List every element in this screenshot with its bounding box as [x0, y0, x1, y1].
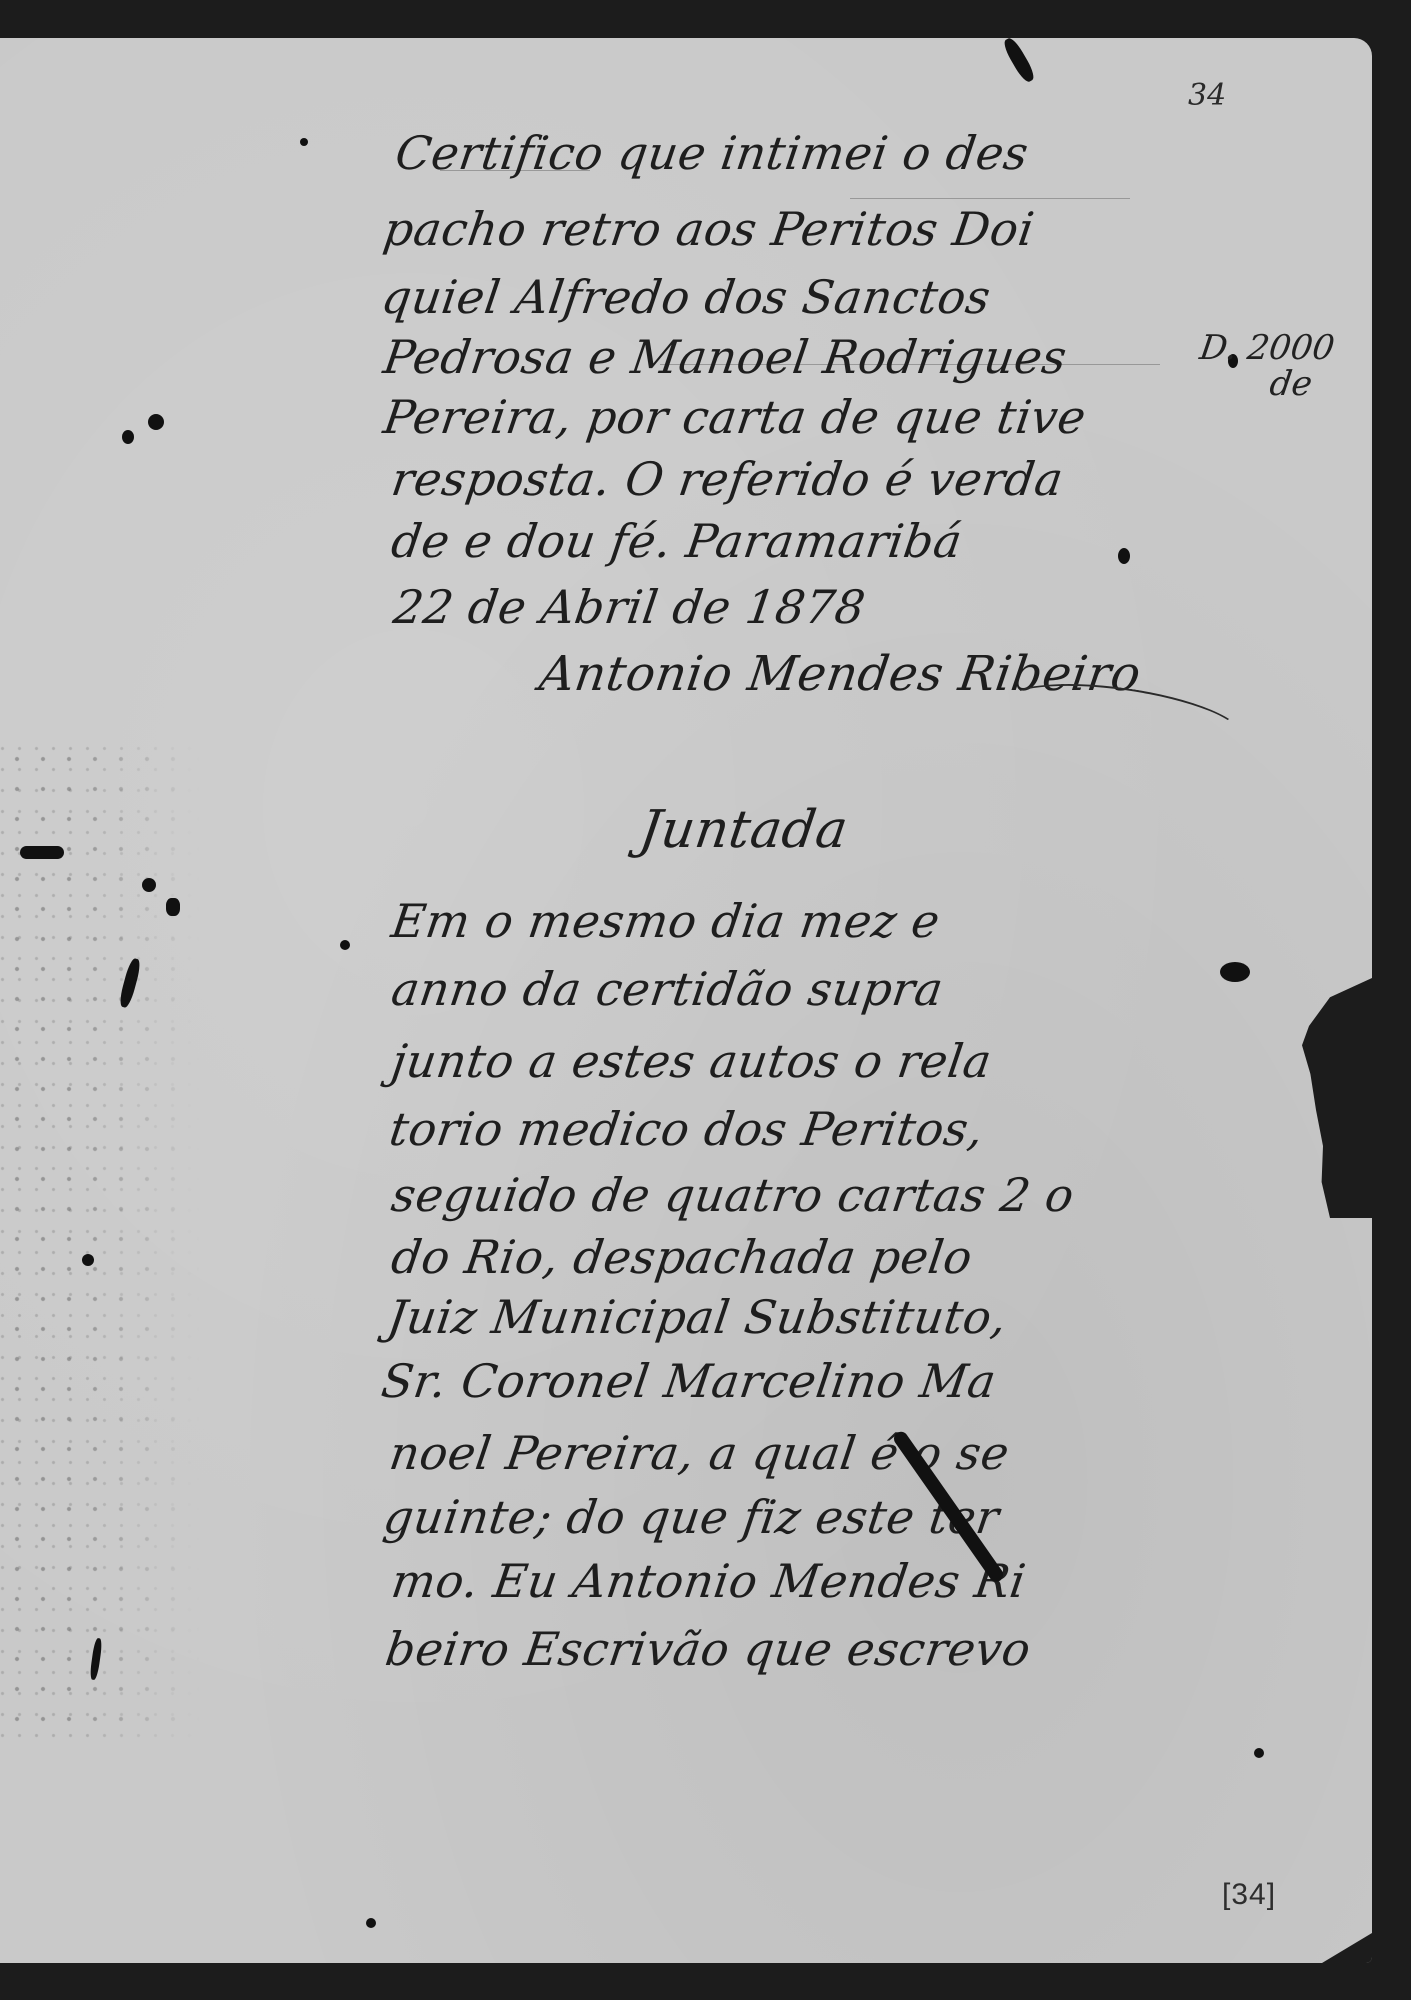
certificate-line: Certifico que intimei o des — [393, 130, 1032, 176]
certificate-line: resposta. O referido é verda — [389, 456, 1066, 502]
juntada-line: mo. Eu Antonio Mendes Ri — [389, 1558, 1029, 1604]
archive-page-label: [34] — [1222, 1878, 1276, 1912]
juntada-line: anno da certidão supra — [389, 966, 946, 1012]
ink-blot — [82, 1254, 94, 1266]
juntada-line: beiro Escrivão que escrevo — [383, 1626, 1034, 1672]
juntada-line: guinte; do que fiz este ter — [381, 1494, 1002, 1540]
ink-blot — [166, 898, 180, 916]
paper-sheet: 34 Certifico que intimei o des pacho ret… — [0, 38, 1372, 1963]
certificate-line: 22 de Abril de 1878 — [391, 584, 868, 630]
ink-blot — [300, 138, 308, 146]
ink-blot — [340, 940, 350, 950]
juntada-line: Sr. Coronel Marcelino Ma — [379, 1358, 999, 1404]
margin-note: de — [1267, 364, 1315, 404]
juntada-line: Em o mesmo dia mez e — [389, 898, 943, 944]
certificate-line: pacho retro aos Peritos Doi — [381, 206, 1037, 252]
ruled-line — [850, 198, 1130, 199]
ink-blot — [1220, 962, 1250, 982]
scanned-page: 34 Certifico que intimei o des pacho ret… — [0, 0, 1411, 2000]
juntada-line: Juiz Municipal Substituto, — [385, 1294, 1010, 1340]
ink-blot — [1001, 38, 1037, 84]
mold-speckles — [0, 738, 200, 1738]
certificate-line: quiel Alfredo dos Sanctos — [379, 274, 994, 320]
section-heading: Juntada — [636, 804, 851, 856]
ink-blot — [1118, 548, 1130, 564]
certificate-line: Pereira, por carta de que tive — [381, 394, 1089, 440]
juntada-line: do Rio, despachada pelo — [389, 1234, 976, 1280]
juntada-line: seguido de quatro cartas 2 o — [389, 1172, 1077, 1218]
ink-blot — [1254, 1748, 1264, 1758]
torn-edge — [1302, 978, 1372, 1218]
ink-blot — [142, 878, 156, 892]
folio-number: 34 — [1188, 78, 1226, 113]
ink-blot — [148, 414, 164, 430]
juntada-line: junto a estes autos o rela — [389, 1038, 995, 1084]
certificate-line: Pedrosa e Manoel Rodrigues — [381, 334, 1070, 380]
ink-blot — [366, 1918, 376, 1928]
ink-blot — [122, 430, 134, 444]
margin-note: D. 2000 — [1197, 328, 1337, 368]
worn-corner — [1322, 1933, 1372, 1963]
ink-blot — [20, 846, 64, 859]
juntada-line: torio medico dos Peritos, — [387, 1106, 987, 1152]
certificate-line: de e dou fé. Paramaribá — [389, 518, 965, 564]
